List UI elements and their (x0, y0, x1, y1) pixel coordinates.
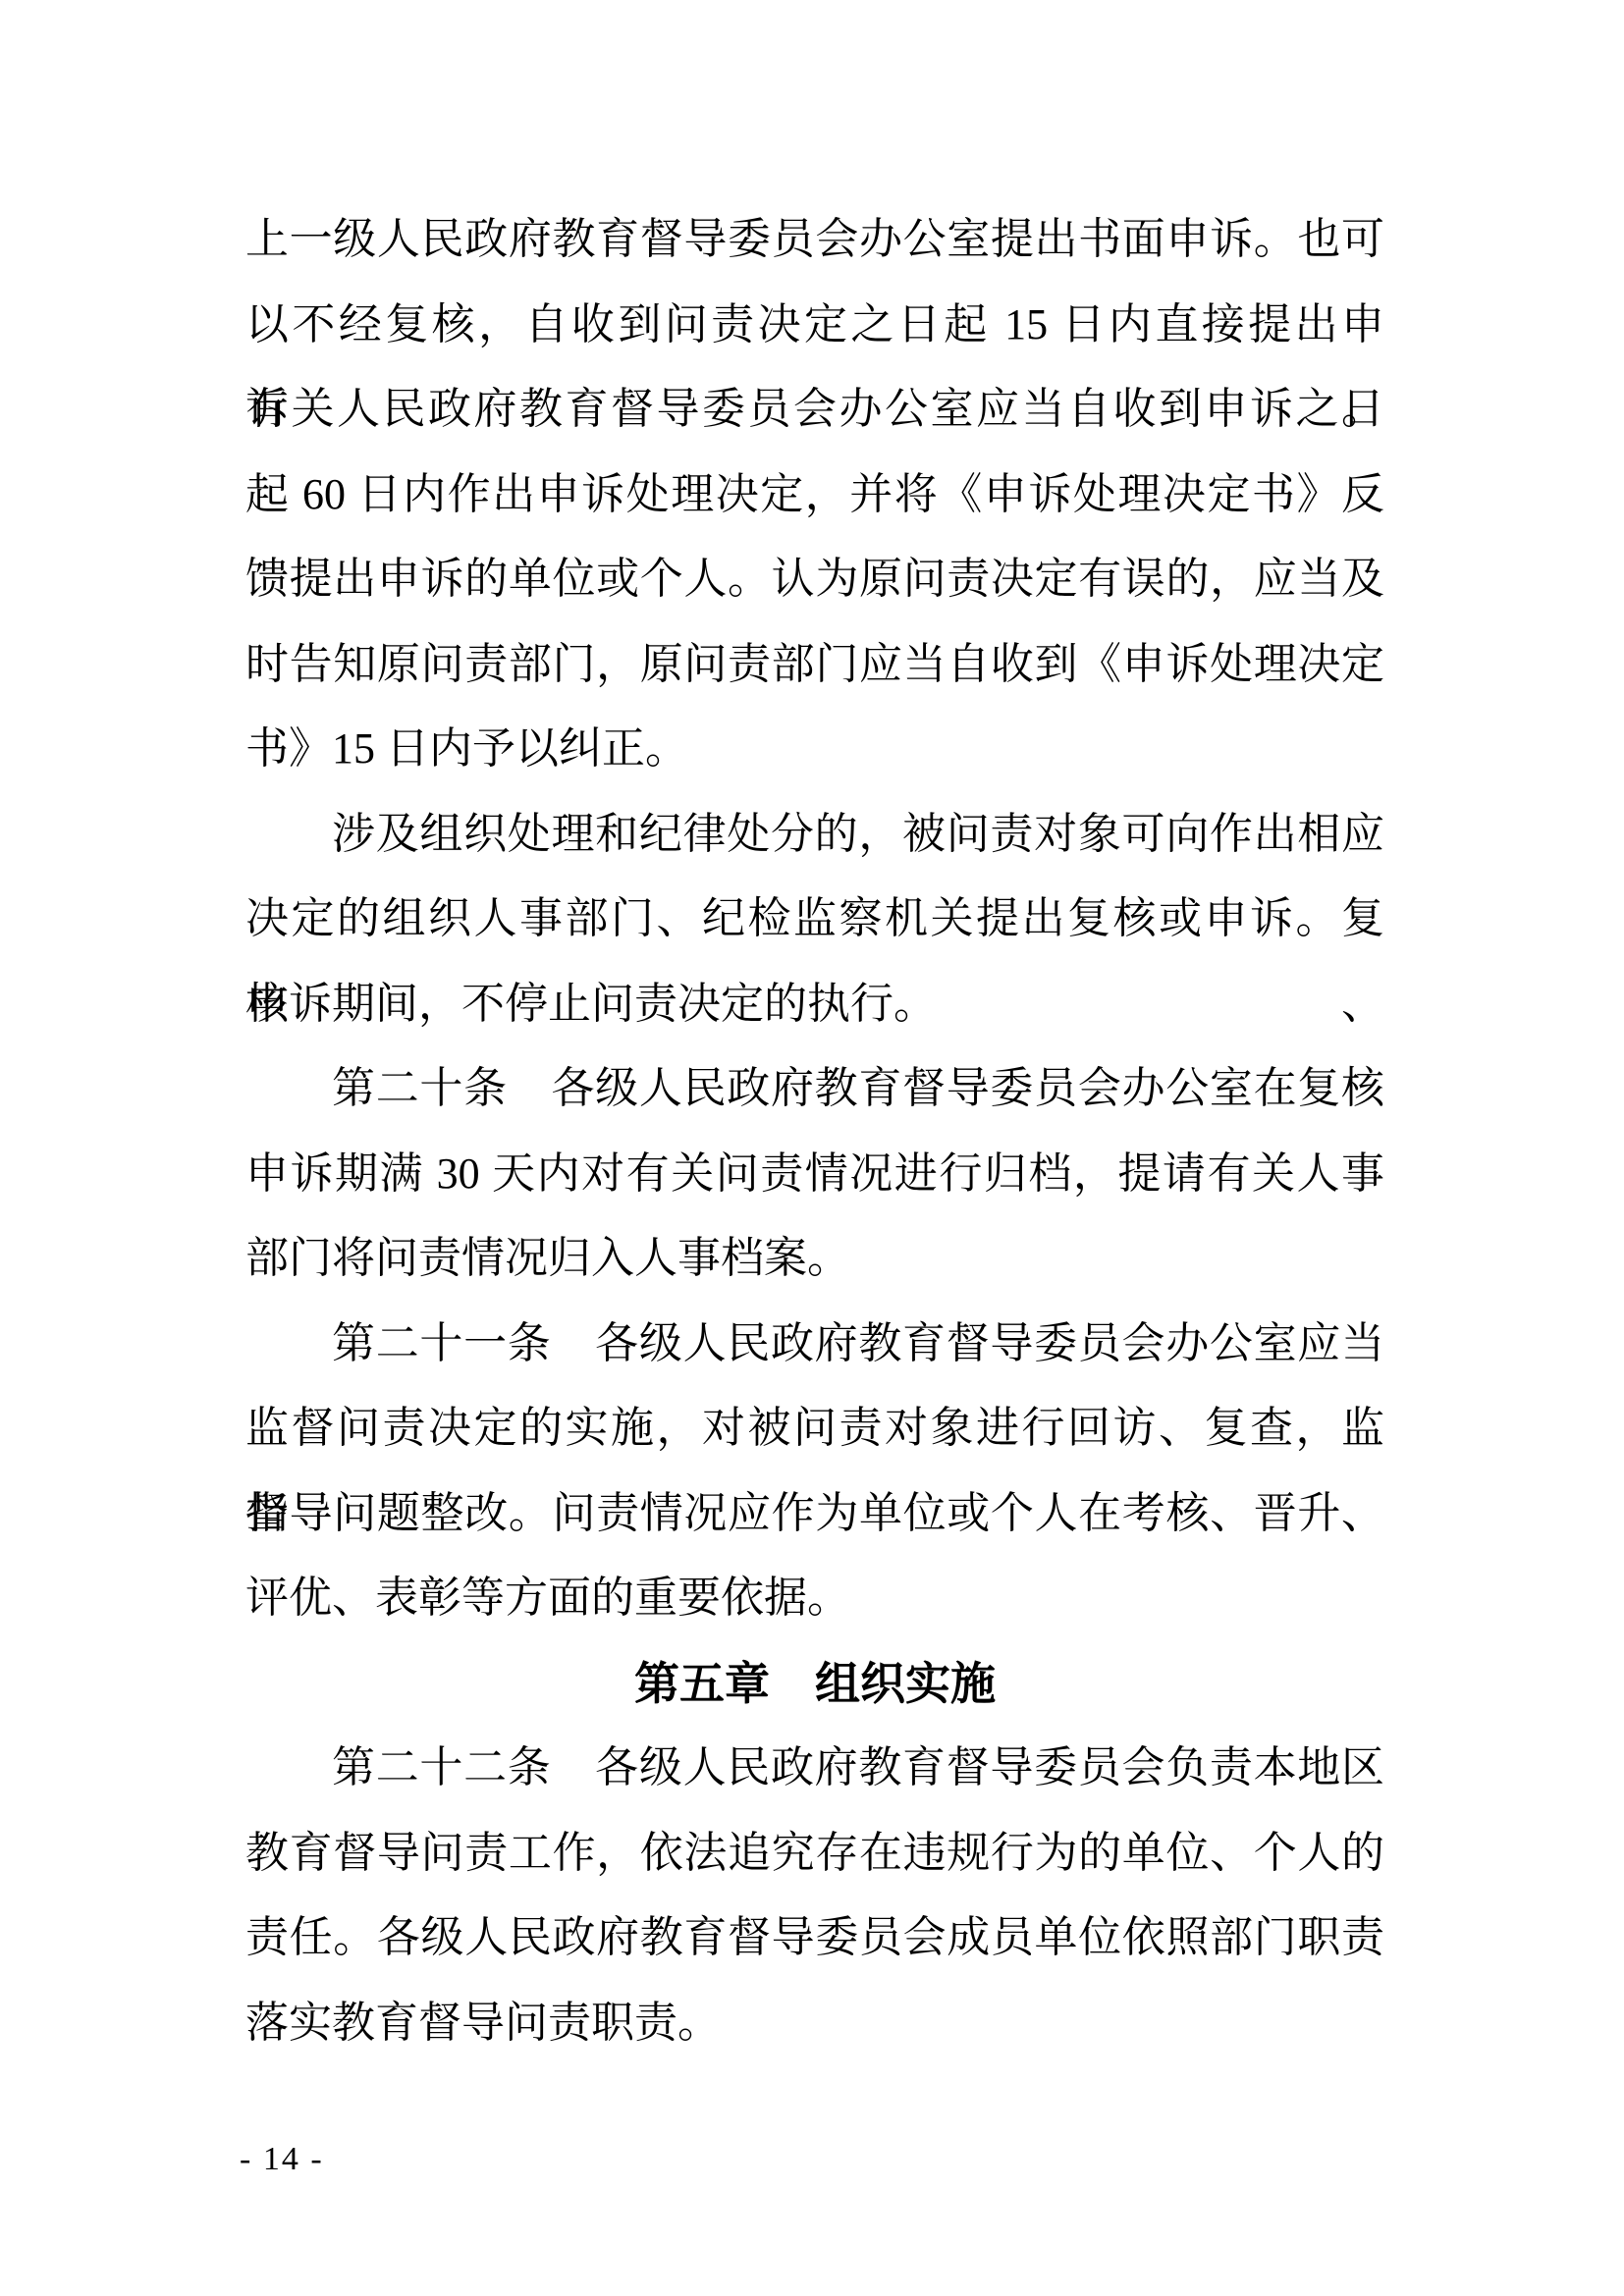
body-line: 教育督导问责工作，依法追究存在违规行为的单位、个人的 (245, 1811, 1384, 1896)
body-line: 部门将问责情况归入人事档案。 (245, 1216, 1384, 1302)
document-body: 上一级人民政府教育督导委员会办公室提出书面申诉。也可 以不经复核，自收到问责决定… (245, 197, 1384, 2065)
chapter-heading: 第五章 组织实施 (245, 1641, 1384, 1727)
body-line: 以不经复核，自收到问责决定之日起 15 日内直接提出申诉。 (245, 283, 1384, 368)
body-line: 监督问责决定的实施，对被问责对象进行回访、复查，监督、 (245, 1386, 1384, 1471)
document-page: 上一级人民政府教育督导委员会办公室提出书面申诉。也可 以不经复核，自收到问责决定… (0, 0, 1624, 2296)
body-line: 上一级人民政府教育督导委员会办公室提出书面申诉。也可 (245, 197, 1384, 283)
body-line: 指导问题整改。问责情况应作为单位或个人在考核、晋升、 (245, 1471, 1384, 1557)
body-line: 时告知原问责部门，原问责部门应当自收到《申诉处理决定 (245, 622, 1384, 708)
body-line: 书》15 日内予以纠正。 (245, 707, 1384, 792)
body-line: 责任。各级人民政府教育督导委员会成员单位依照部门职责 (245, 1896, 1384, 1981)
body-line: 申诉期满 30 天内对有关问责情况进行归档，提请有关人事 (245, 1132, 1384, 1217)
page-number: - 14 - (240, 2138, 324, 2181)
article-20-line: 第二十条 各级人民政府教育督导委员会办公室在复核 (245, 1046, 1384, 1132)
body-line: 涉及组织处理和纪律处分的，被问责对象可向作出相应 (245, 792, 1384, 878)
article-22-line: 第二十二条 各级人民政府教育督导委员会负责本地区 (245, 1726, 1384, 1811)
body-line: 决定的组织人事部门、纪检监察机关提出复核或申诉。复核、 (245, 877, 1384, 962)
article-21-line: 第二十一条 各级人民政府教育督导委员会办公室应当 (245, 1302, 1384, 1387)
body-line: 馈提出申诉的单位或个人。认为原问责决定有误的，应当及 (245, 537, 1384, 622)
body-line: 评优、表彰等方面的重要依据。 (245, 1556, 1384, 1641)
body-line: 落实教育督导问责职责。 (245, 1981, 1384, 2066)
body-line: 起 60 日内作出申诉处理决定，并将《申诉处理决定书》反 (245, 453, 1384, 538)
body-line: 有关人民政府教育督导委员会办公室应当自收到申诉之日 (245, 367, 1384, 453)
